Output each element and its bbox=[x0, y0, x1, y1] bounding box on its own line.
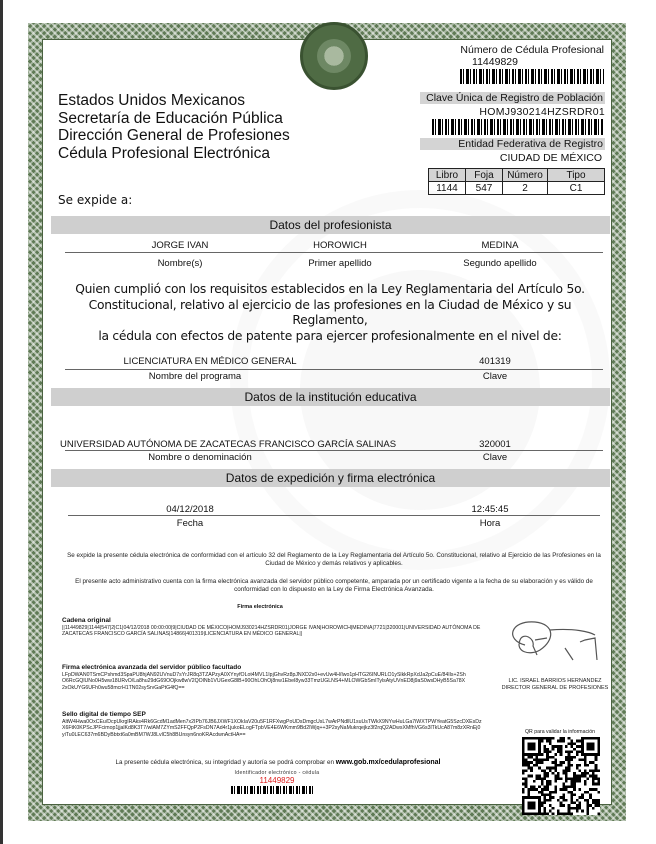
curp-label: Clave Única de Registro de Población bbox=[420, 92, 605, 104]
legal-paragraph-2: El presente acto administrativo cuenta c… bbox=[58, 578, 610, 595]
first-surname-caption: Primer apellido bbox=[280, 258, 400, 269]
signature-section-title: Firma electrónica bbox=[230, 604, 290, 610]
header-line: Cédula Profesional Electrónica bbox=[58, 145, 290, 163]
statement-line: la cédula con efectos de patente para ej… bbox=[50, 329, 610, 345]
verification-link[interactable]: www.gob.mx/cedulaprofesional bbox=[336, 759, 441, 766]
institution-key: 320001 bbox=[460, 439, 530, 450]
institution-name-caption: Nombre o denominación bbox=[140, 452, 260, 463]
time-stamp-title: Sello digital de tiempo SEP bbox=[62, 711, 146, 718]
time-stamp: AltW4Hwa0OxCEu/DcpUkrglRAks4Rk6GcdM1adMe… bbox=[62, 719, 482, 738]
table-header: Tipo bbox=[548, 169, 605, 182]
issue-time: 12:45:45 bbox=[450, 504, 530, 515]
table-cell: 547 bbox=[466, 182, 503, 195]
second-surname-caption: Segundo apellido bbox=[440, 258, 560, 269]
handwritten-signature bbox=[495, 610, 615, 670]
institution-name: UNIVERSIDAD AUTÓNOMA DE ZACATECAS FRANCI… bbox=[60, 439, 380, 450]
issuer-header: Estados Unidos Mexicanos Secretaría de E… bbox=[58, 92, 290, 162]
table-cell: C1 bbox=[548, 182, 605, 195]
curp-value: HOMJ930214HZSRDR01 bbox=[420, 106, 605, 118]
issue-date-caption: Fecha bbox=[140, 518, 240, 529]
table-cell: 2 bbox=[503, 182, 548, 195]
table-header: Foja bbox=[466, 169, 503, 182]
original-chain: ||11449829|1144|547|2|C1|04/12/2018 00:0… bbox=[62, 625, 482, 638]
entity-value: CIUDAD DE MÉXICO bbox=[420, 152, 602, 164]
issued-to-label: Se expide a: bbox=[58, 193, 132, 207]
legal-paragraph-1: Se expide la presente cédula electrónica… bbox=[58, 552, 610, 569]
curp-barcode bbox=[432, 119, 604, 135]
statement-text: Quien cumplió con los requisitos estable… bbox=[50, 282, 610, 344]
section-issuance: Datos de expedición y firma electrónica bbox=[51, 469, 610, 487]
cedula-number: 11449829 bbox=[400, 56, 590, 68]
issue-date: 04/12/2018 bbox=[140, 504, 240, 515]
divider bbox=[65, 252, 603, 253]
signer-title: DIRECTOR GENERAL DE PROFESIONES bbox=[480, 685, 630, 692]
escudo-nacional-icon bbox=[300, 22, 368, 90]
divider bbox=[65, 369, 603, 370]
cedula-number-label: Número de Cédula Profesional bbox=[400, 44, 604, 56]
registry-table: Libro Foja Número Tipo 1144 547 2 C1 bbox=[428, 168, 605, 195]
first-name: JORGE IVAN bbox=[120, 240, 240, 251]
program-name: LICENCIATURA EN MÉDICO GENERAL bbox=[120, 356, 300, 367]
original-chain-title: Cadena original bbox=[62, 617, 111, 624]
verification-text: La presente cédula electrónica, su integ… bbox=[58, 759, 498, 766]
program-caption: Nombre del programa bbox=[140, 371, 250, 382]
issue-time-caption: Hora bbox=[450, 518, 530, 529]
advanced-signature: LFpDWAN0TSmCPshmd3SpaPU8hjAN92UVnuD7sYrJ… bbox=[62, 672, 467, 691]
header-line: Dirección General de Profesiones bbox=[58, 127, 290, 145]
institution-key-caption: Clave bbox=[460, 452, 530, 463]
divider bbox=[65, 450, 603, 451]
program-key-caption: Clave bbox=[460, 371, 530, 382]
first-surname: HOROWICH bbox=[280, 240, 400, 251]
table-cell: 1144 bbox=[429, 182, 466, 195]
qr-label: QR para validar la información bbox=[512, 729, 608, 735]
verification-label: La presente cédula electrónica, su integ… bbox=[116, 759, 336, 766]
table-header: Número bbox=[503, 169, 548, 182]
section-institution: Datos de la institución educativa bbox=[51, 388, 610, 406]
electronic-id-barcode bbox=[231, 786, 315, 794]
statement-line: Constitucional, relativo al ejercicio de… bbox=[50, 298, 610, 329]
qr-code-icon[interactable] bbox=[522, 737, 600, 815]
cedula-barcode bbox=[460, 69, 604, 84]
entity-label: Entidad Federativa de Registro bbox=[420, 138, 605, 150]
divider bbox=[68, 515, 600, 516]
section-professional: Datos del profesionista bbox=[51, 216, 610, 234]
table-header: Libro bbox=[429, 169, 466, 182]
program-key: 401319 bbox=[460, 356, 530, 367]
statement-line: Quien cumplió con los requisitos estable… bbox=[50, 282, 610, 298]
advanced-signature-title: Firma electrónica avanzada del servidor … bbox=[62, 664, 241, 671]
signer-block: LIC. ISRAEL BARRIOS HERNANDEZ DIRECTOR G… bbox=[480, 678, 630, 692]
signer-name: LIC. ISRAEL BARRIOS HERNANDEZ bbox=[480, 678, 630, 685]
first-name-caption: Nombre(s) bbox=[120, 258, 240, 269]
electronic-id-number: 11449829 bbox=[170, 776, 384, 785]
header-line: Secretaría de Educación Pública bbox=[58, 110, 290, 128]
second-surname: MEDINA bbox=[440, 240, 560, 251]
scan-edge bbox=[0, 0, 3, 844]
header-line: Estados Unidos Mexicanos bbox=[58, 92, 290, 110]
